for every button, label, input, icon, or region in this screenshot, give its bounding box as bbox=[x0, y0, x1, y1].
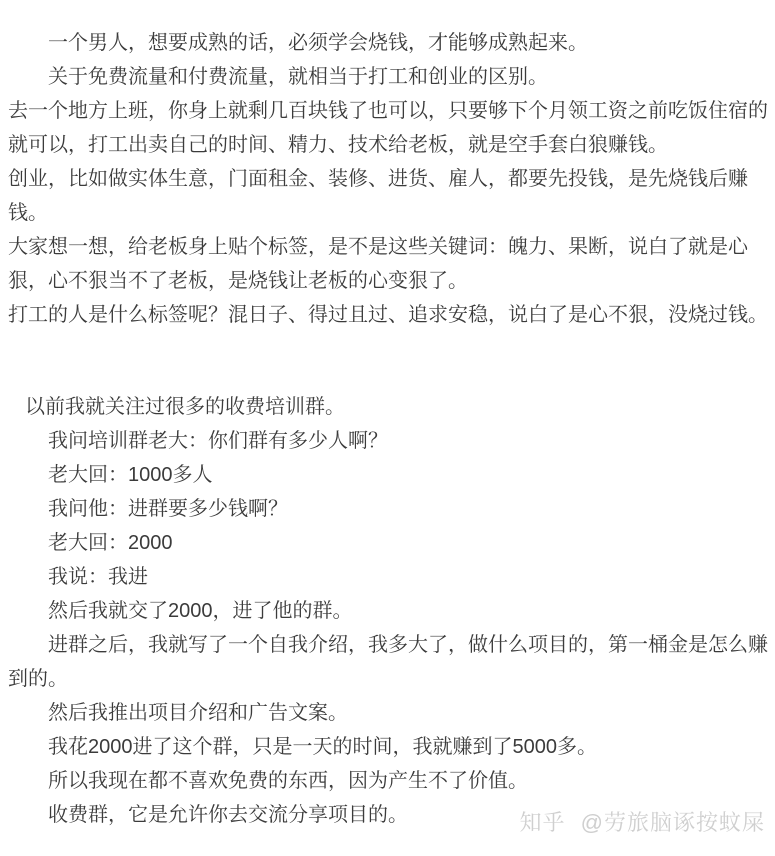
paragraph: 去一个地方上班，你身上就剩几百块钱了也可以，只要够下个月领工资之前吃饭住宿的就可… bbox=[8, 94, 768, 162]
paragraph: 我说：我进 bbox=[8, 560, 768, 594]
paragraph: 打工的人是什么标签呢？混日子、得过且过、追求安稳，说白了是心不狠，没烧过钱。 bbox=[8, 298, 768, 332]
paragraph: 老大回：1000多人 bbox=[8, 458, 768, 492]
paragraph: 老大回：2000 bbox=[8, 526, 768, 560]
paragraph: 我问他：进群要多少钱啊？ bbox=[8, 492, 768, 526]
watermark-handle: @劳旅脑诼按蚊屎 bbox=[581, 810, 765, 835]
zhihu-watermark: 知乎 @劳旅脑诼按蚊屎 bbox=[520, 806, 765, 840]
paragraph: 创业，比如做实体生意，门面租金、装修、进货、雇人，都要先投钱，是先烧钱后赚钱。 bbox=[8, 162, 768, 230]
paragraph: 大家想一想，给老板身上贴个标签，是不是这些关键词：魄力、果断，说白了就是心狠，心… bbox=[8, 230, 768, 298]
article-body: 一个男人，想要成熟的话，必须学会烧钱，才能够成熟起来。关于免费流量和付费流量，就… bbox=[0, 0, 768, 832]
paragraph: 然后我就交了2000，进了他的群。 bbox=[8, 594, 768, 628]
paragraph: 我花2000进了这个群，只是一天的时间，我就赚到了5000多。 bbox=[8, 730, 768, 764]
paragraph: 然后我推出项目介绍和广告文案。 bbox=[8, 696, 768, 730]
paragraph: 以前我就关注过很多的收费培训群。 bbox=[8, 390, 768, 424]
paragraph: 所以我现在都不喜欢免费的东西，因为产生不了价值。 bbox=[8, 764, 768, 798]
paragraph: 关于免费流量和付费流量，就相当于打工和创业的区别。 bbox=[8, 60, 768, 94]
watermark-brand: 知乎 bbox=[520, 810, 566, 835]
paragraph: 进群之后，我就写了一个自我介绍，我多大了，做什么项目的，第一桶金是怎么赚到的。 bbox=[8, 628, 768, 696]
paragraph: 我问培训群老大：你们群有多少人啊？ bbox=[8, 424, 768, 458]
paragraph: 一个男人，想要成熟的话，必须学会烧钱，才能够成熟起来。 bbox=[8, 26, 768, 60]
